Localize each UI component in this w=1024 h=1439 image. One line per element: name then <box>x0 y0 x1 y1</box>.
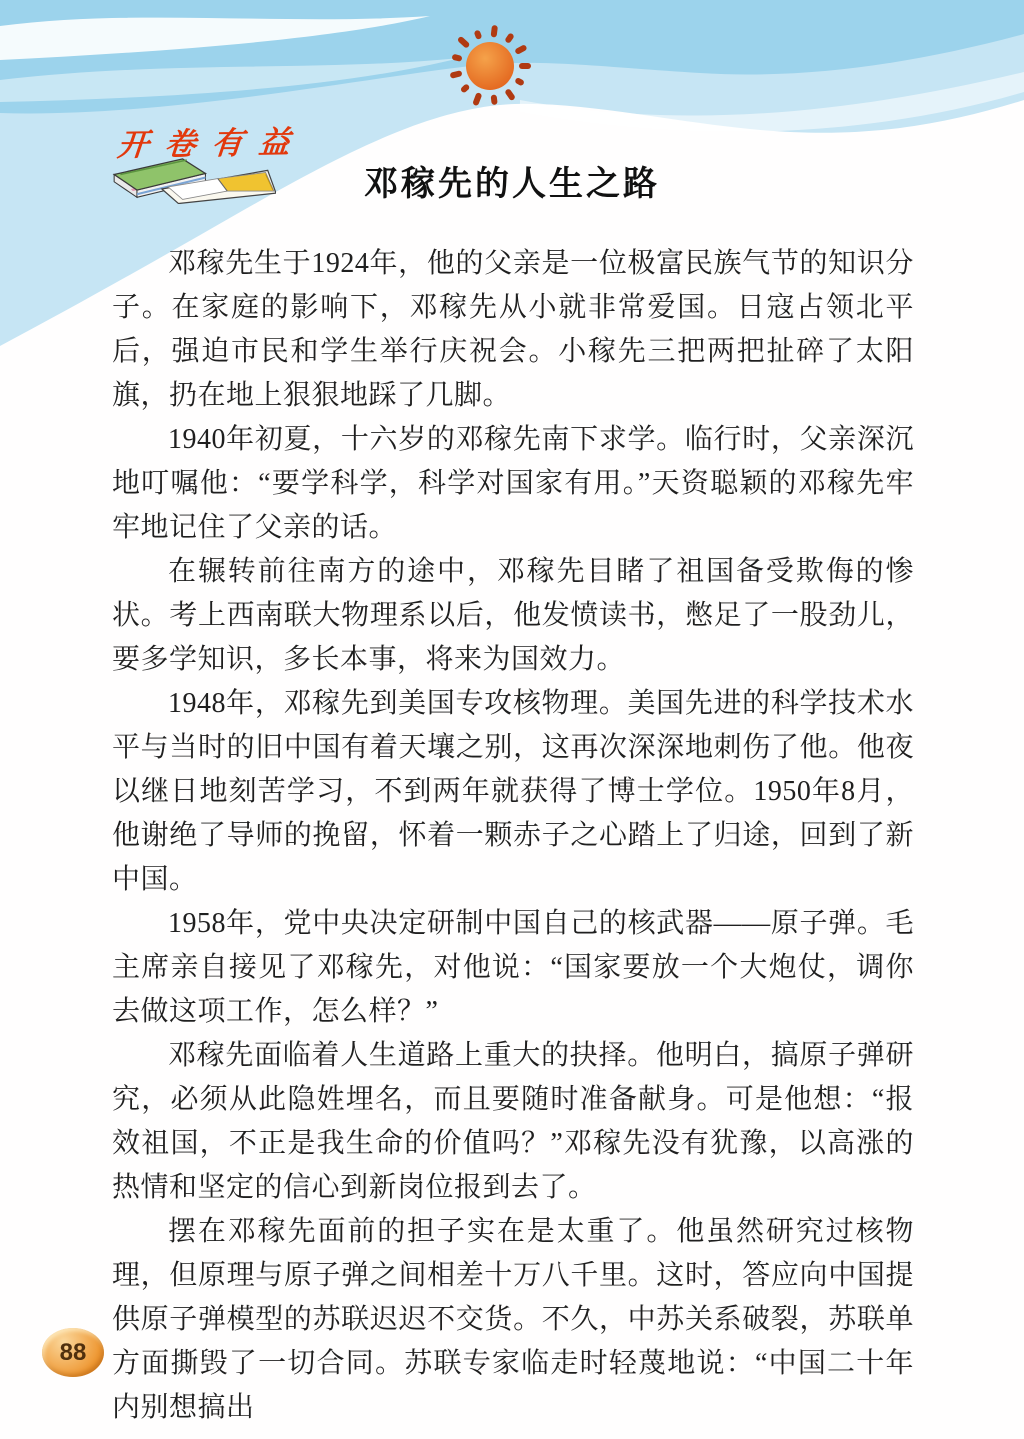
article-title: 邓稼先的人生之路 <box>0 156 1024 205</box>
paragraph-7: 摆在邓稼先面前的担子实在是太重了。他虽然研究过核物理，但原理与原子弹之间相差十万… <box>112 1210 914 1430</box>
paragraph-3: 在辗转前往南方的途中，邓稼先目睹了祖国备受欺侮的惨状。考上西南联大物理系以后，他… <box>112 550 914 682</box>
page-number-badge: 88 <box>42 1328 104 1377</box>
paragraph-1: 邓稼先生于1924年，他的父亲是一位极富民族气节的知识分子。在家庭的影响下，邓稼… <box>112 242 914 418</box>
page-number: 88 <box>60 1339 87 1367</box>
paragraph-2: 1940年初夏，十六岁的邓稼先南下求学。临行时，父亲深沉地叮嘱他：“要学科学，科… <box>112 418 914 550</box>
article-body: 邓稼先生于1924年，他的父亲是一位极富民族气节的知识分子。在家庭的影响下，邓稼… <box>112 242 914 1430</box>
paragraph-6: 邓稼先面临着人生道路上重大的抉择。他明白，搞原子弹研究，必须从此隐姓埋名，而且要… <box>112 1034 914 1210</box>
paragraph-4: 1948年，邓稼先到美国专攻核物理。美国先进的科学技术水平与当时的旧中国有着天壤… <box>112 682 914 902</box>
textbook-page: 开卷有益 邓稼先的人生之路 邓稼先生于1924年，他的父亲是一位极富民族气节的知… <box>0 0 1024 1439</box>
paragraph-5: 1958年，党中央决定研制中国自己的核武器——原子弹。毛主席亲自接见了邓稼先，对… <box>112 902 914 1034</box>
